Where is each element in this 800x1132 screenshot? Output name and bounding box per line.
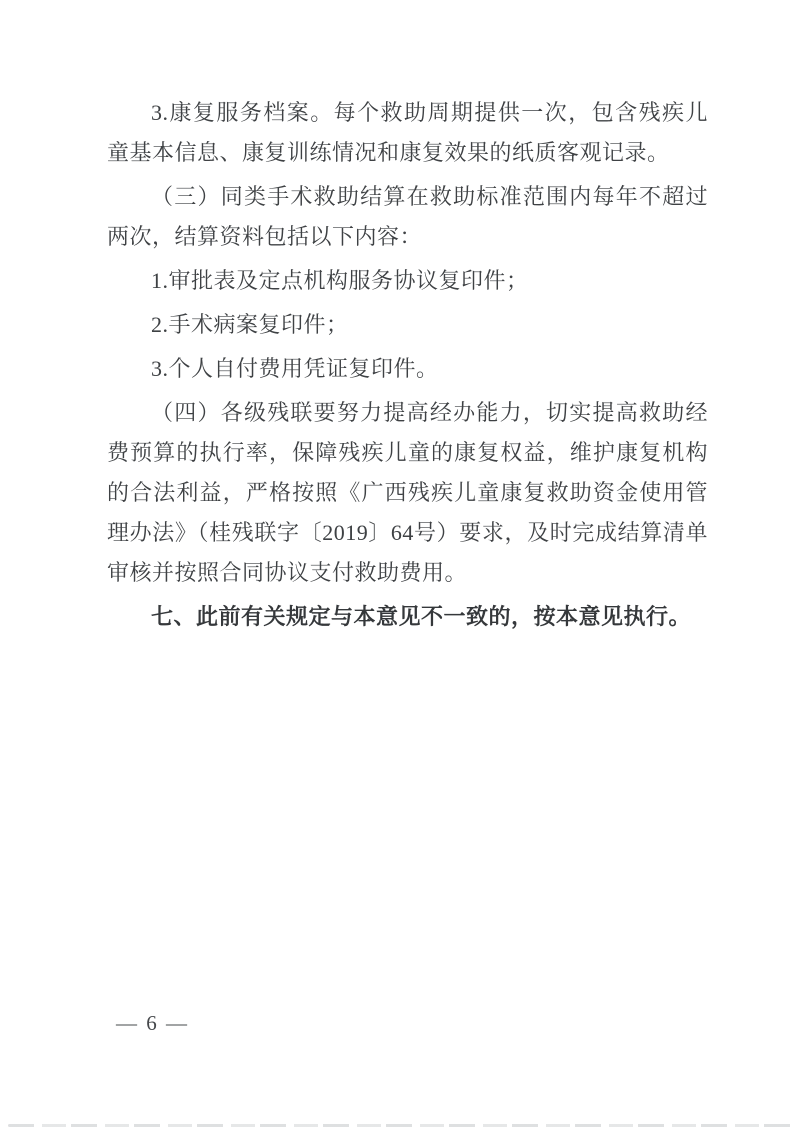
section-heading-seven: 七、此前有关规定与本意见不一致的，按本意见执行。: [107, 597, 708, 637]
paragraph-item-3-self-paid-voucher: 3.个人自付费用凭证复印件。: [107, 349, 708, 389]
document-body: 3.康复服务档案。每个救助周期提供一次，包含残疾儿童基本信息、康复训练情况和康复…: [107, 93, 708, 641]
paragraph-item-1-approval-form: 1.审批表及定点机构服务协议复印件；: [107, 261, 708, 301]
paragraph-section-4-disabled-federation: （四）各级残联要努力提高经办能力，切实提高救助经费预算的执行率，保障残疾儿童的康…: [107, 393, 708, 593]
page-number: — 6 —: [116, 1008, 189, 1038]
paragraph-rehab-archive: 3.康复服务档案。每个救助周期提供一次，包含残疾儿童基本信息、康复训练情况和康复…: [107, 93, 708, 173]
scan-edge-artifact-line: [8, 1124, 794, 1127]
paragraph-section-3-surgery-settlement: （三）同类手术救助结算在救助标准范围内每年不超过两次，结算资料包括以下内容：: [107, 177, 708, 257]
document-page: 3.康复服务档案。每个救助周期提供一次，包含残疾儿童基本信息、康复训练情况和康复…: [0, 0, 800, 1132]
paragraph-item-2-surgery-record: 2.手术病案复印件；: [107, 305, 708, 345]
